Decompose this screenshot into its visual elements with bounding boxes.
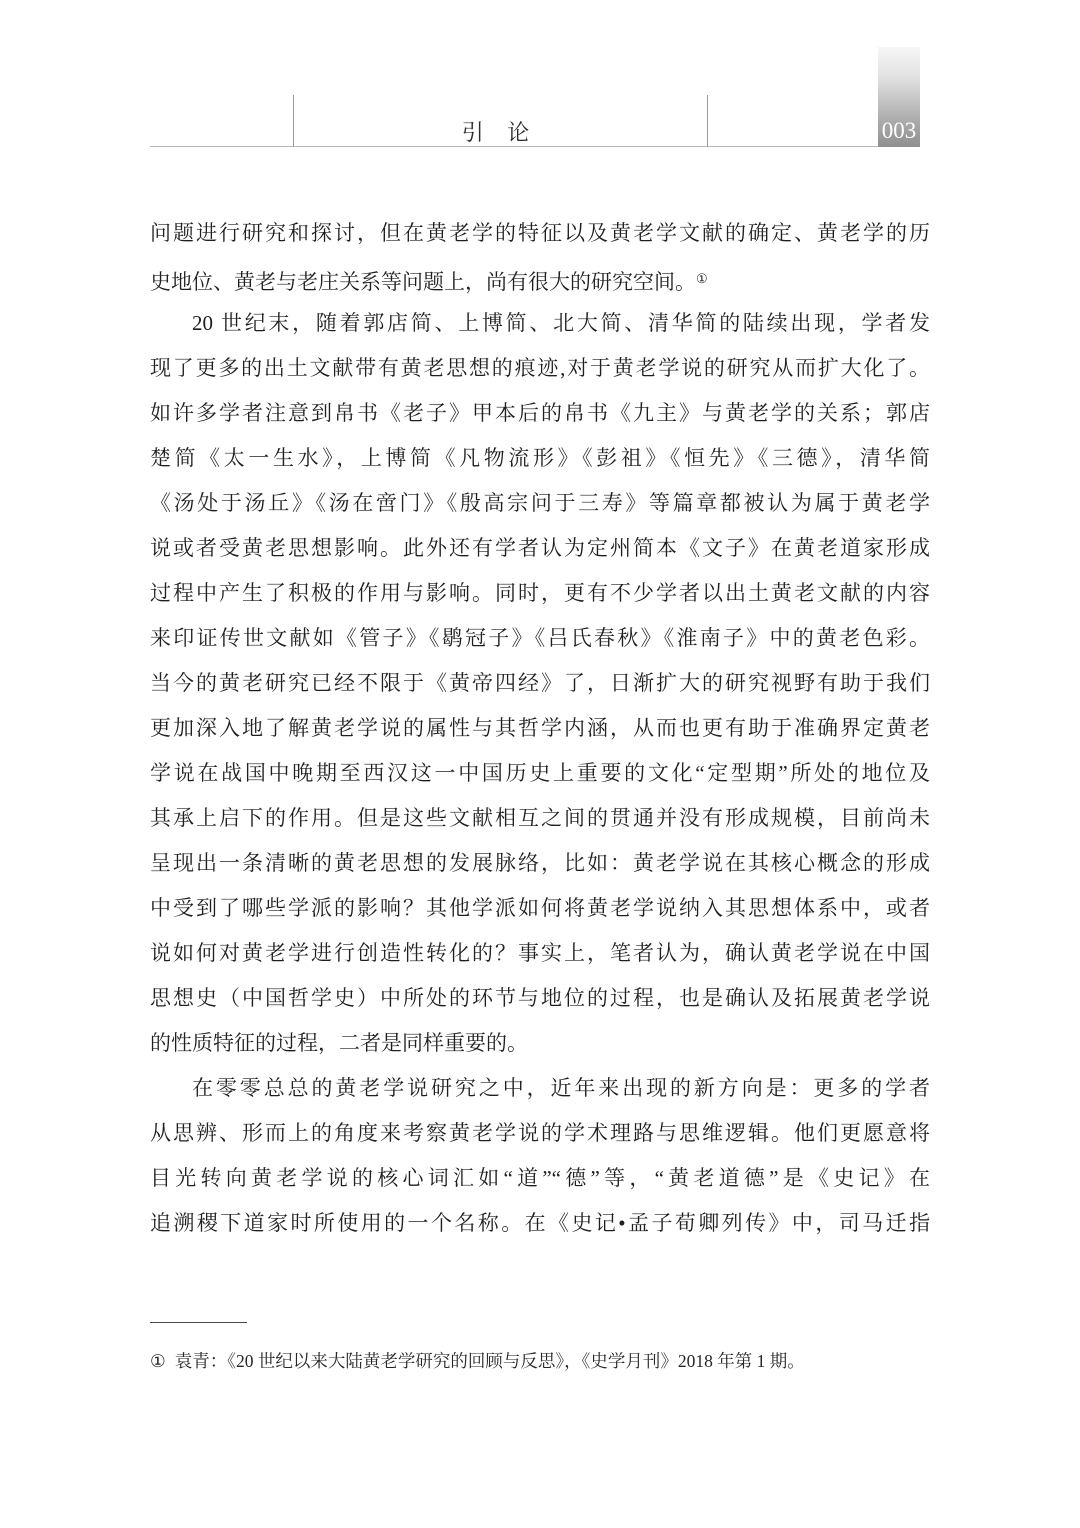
body-line: 更加深入地了解黄老学说的属性与其哲学内涵，从而也更有助于准确界定黄老: [150, 706, 930, 751]
footnote-marker: ①: [150, 1351, 166, 1371]
body-line: 问题进行研究和探讨，但在黄老学的特征以及黄老学文献的确定、黄老学的历: [150, 211, 930, 256]
body-text: 问题进行研究和探讨，但在黄老学的特征以及黄老学文献的确定、黄老学的历史地位、黄老…: [150, 211, 930, 1246]
page-number: 003: [878, 119, 920, 142]
body-line: 20 世纪末，随着郭店简、上博简、北大简、清华简的陆续出现，学者发: [150, 301, 930, 346]
paragraph-1: 问题进行研究和探讨，但在黄老学的特征以及黄老学文献的确定、黄老学的历史地位、黄老…: [150, 211, 930, 301]
footnote-reference: ①: [696, 271, 708, 286]
body-line: 中受到了哪些学派的影响？其他学派如何将黄老学说纳入其思想体系中，或者: [150, 886, 930, 931]
page-number-badge: 003: [878, 47, 920, 147]
footnote-rule: [150, 1322, 247, 1323]
body-line: 呈现出一条清晰的黄老思想的发展脉络，比如：黄老学说在其核心概念的形成: [150, 841, 930, 886]
body-line: 史地位、黄老与老庄关系等问题上，尚有很大的研究空间。①: [150, 256, 930, 301]
body-line: 目光转向黄老学说的核心词汇如“道”“德”等，“黄老道德”是《史记》在: [150, 1156, 930, 1201]
body-line: 追溯稷下道家时所使用的一个名称。在《史记•孟子荀卿列传》中，司马迁指: [150, 1201, 930, 1246]
body-line: 过程中产生了积极的作用与影响。同时，更有不少学者以出土黄老文献的内容: [150, 571, 930, 616]
footnote: ①袁青：《20 世纪以来大陆黄老学研究的回顾与反思》，《史学月刊》2018 年第…: [150, 1348, 970, 1374]
body-line: 的性质特征的过程，二者是同样重要的。: [150, 1021, 930, 1066]
header-tick-right: [707, 95, 708, 147]
body-line: 学说在战国中晚期至西汉这一中国历史上重要的文化“定型期”所处的地位及: [150, 751, 930, 796]
body-line: 如许多学者注意到帛书《老子》甲本后的帛书《九主》与黄老学的关系；郭店: [150, 391, 930, 436]
body-line: 其承上启下的作用。但是这些文献相互之间的贯通并没有形成规模，目前尚未: [150, 796, 930, 841]
body-line: 从思辨、形而上的角度来考察黄老学说的学术理路与思维逻辑。他们更愿意将: [150, 1111, 930, 1156]
paragraph-2: 20 世纪末，随着郭店简、上博简、北大简、清华简的陆续出现，学者发现了更多的出土…: [150, 301, 930, 1066]
body-line: 在零零总总的黄老学说研究之中，近年来出现的新方向是：更多的学者: [150, 1066, 930, 1111]
body-line: 《汤处于汤丘》《汤在啻门》《殷高宗问于三寿》等篇章都被认为属于黄老学: [150, 481, 930, 526]
body-line: 说或者受黄老思想影响。此外还有学者认为定州简本《文子》在黄老道家形成: [150, 526, 930, 571]
body-line: 说如何对黄老学进行创造性转化的？事实上，笔者认为，确认黄老学说在中国: [150, 931, 930, 976]
body-line: 现了更多的出土文献带有黄老思想的痕迹,对于黄老学说的研究从而扩大化了。: [150, 346, 930, 391]
chapter-title: 引 论: [293, 116, 707, 147]
body-line: 来印证传世文献如《管子》《鹖冠子》《吕氏春秋》《淮南子》中的黄老色彩。: [150, 616, 930, 661]
body-line: 思想史（中国哲学史）中所处的环节与地位的过程，也是确认及拓展黄老学说: [150, 976, 930, 1021]
paragraph-3: 在零零总总的黄老学说研究之中，近年来出现的新方向是：更多的学者从思辨、形而上的角…: [150, 1066, 930, 1246]
body-line: 楚简《太一生水》，上博简《凡物流形》《彭祖》《恒先》《三德》，清华简: [150, 436, 930, 481]
body-line: 当今的黄老研究已经不限于《黄帝四经》了，日渐扩大的研究视野有助于我们: [150, 661, 930, 706]
footnote-text: 袁青：《20 世纪以来大陆黄老学研究的回顾与反思》，《史学月刊》2018 年第 …: [175, 1351, 805, 1371]
